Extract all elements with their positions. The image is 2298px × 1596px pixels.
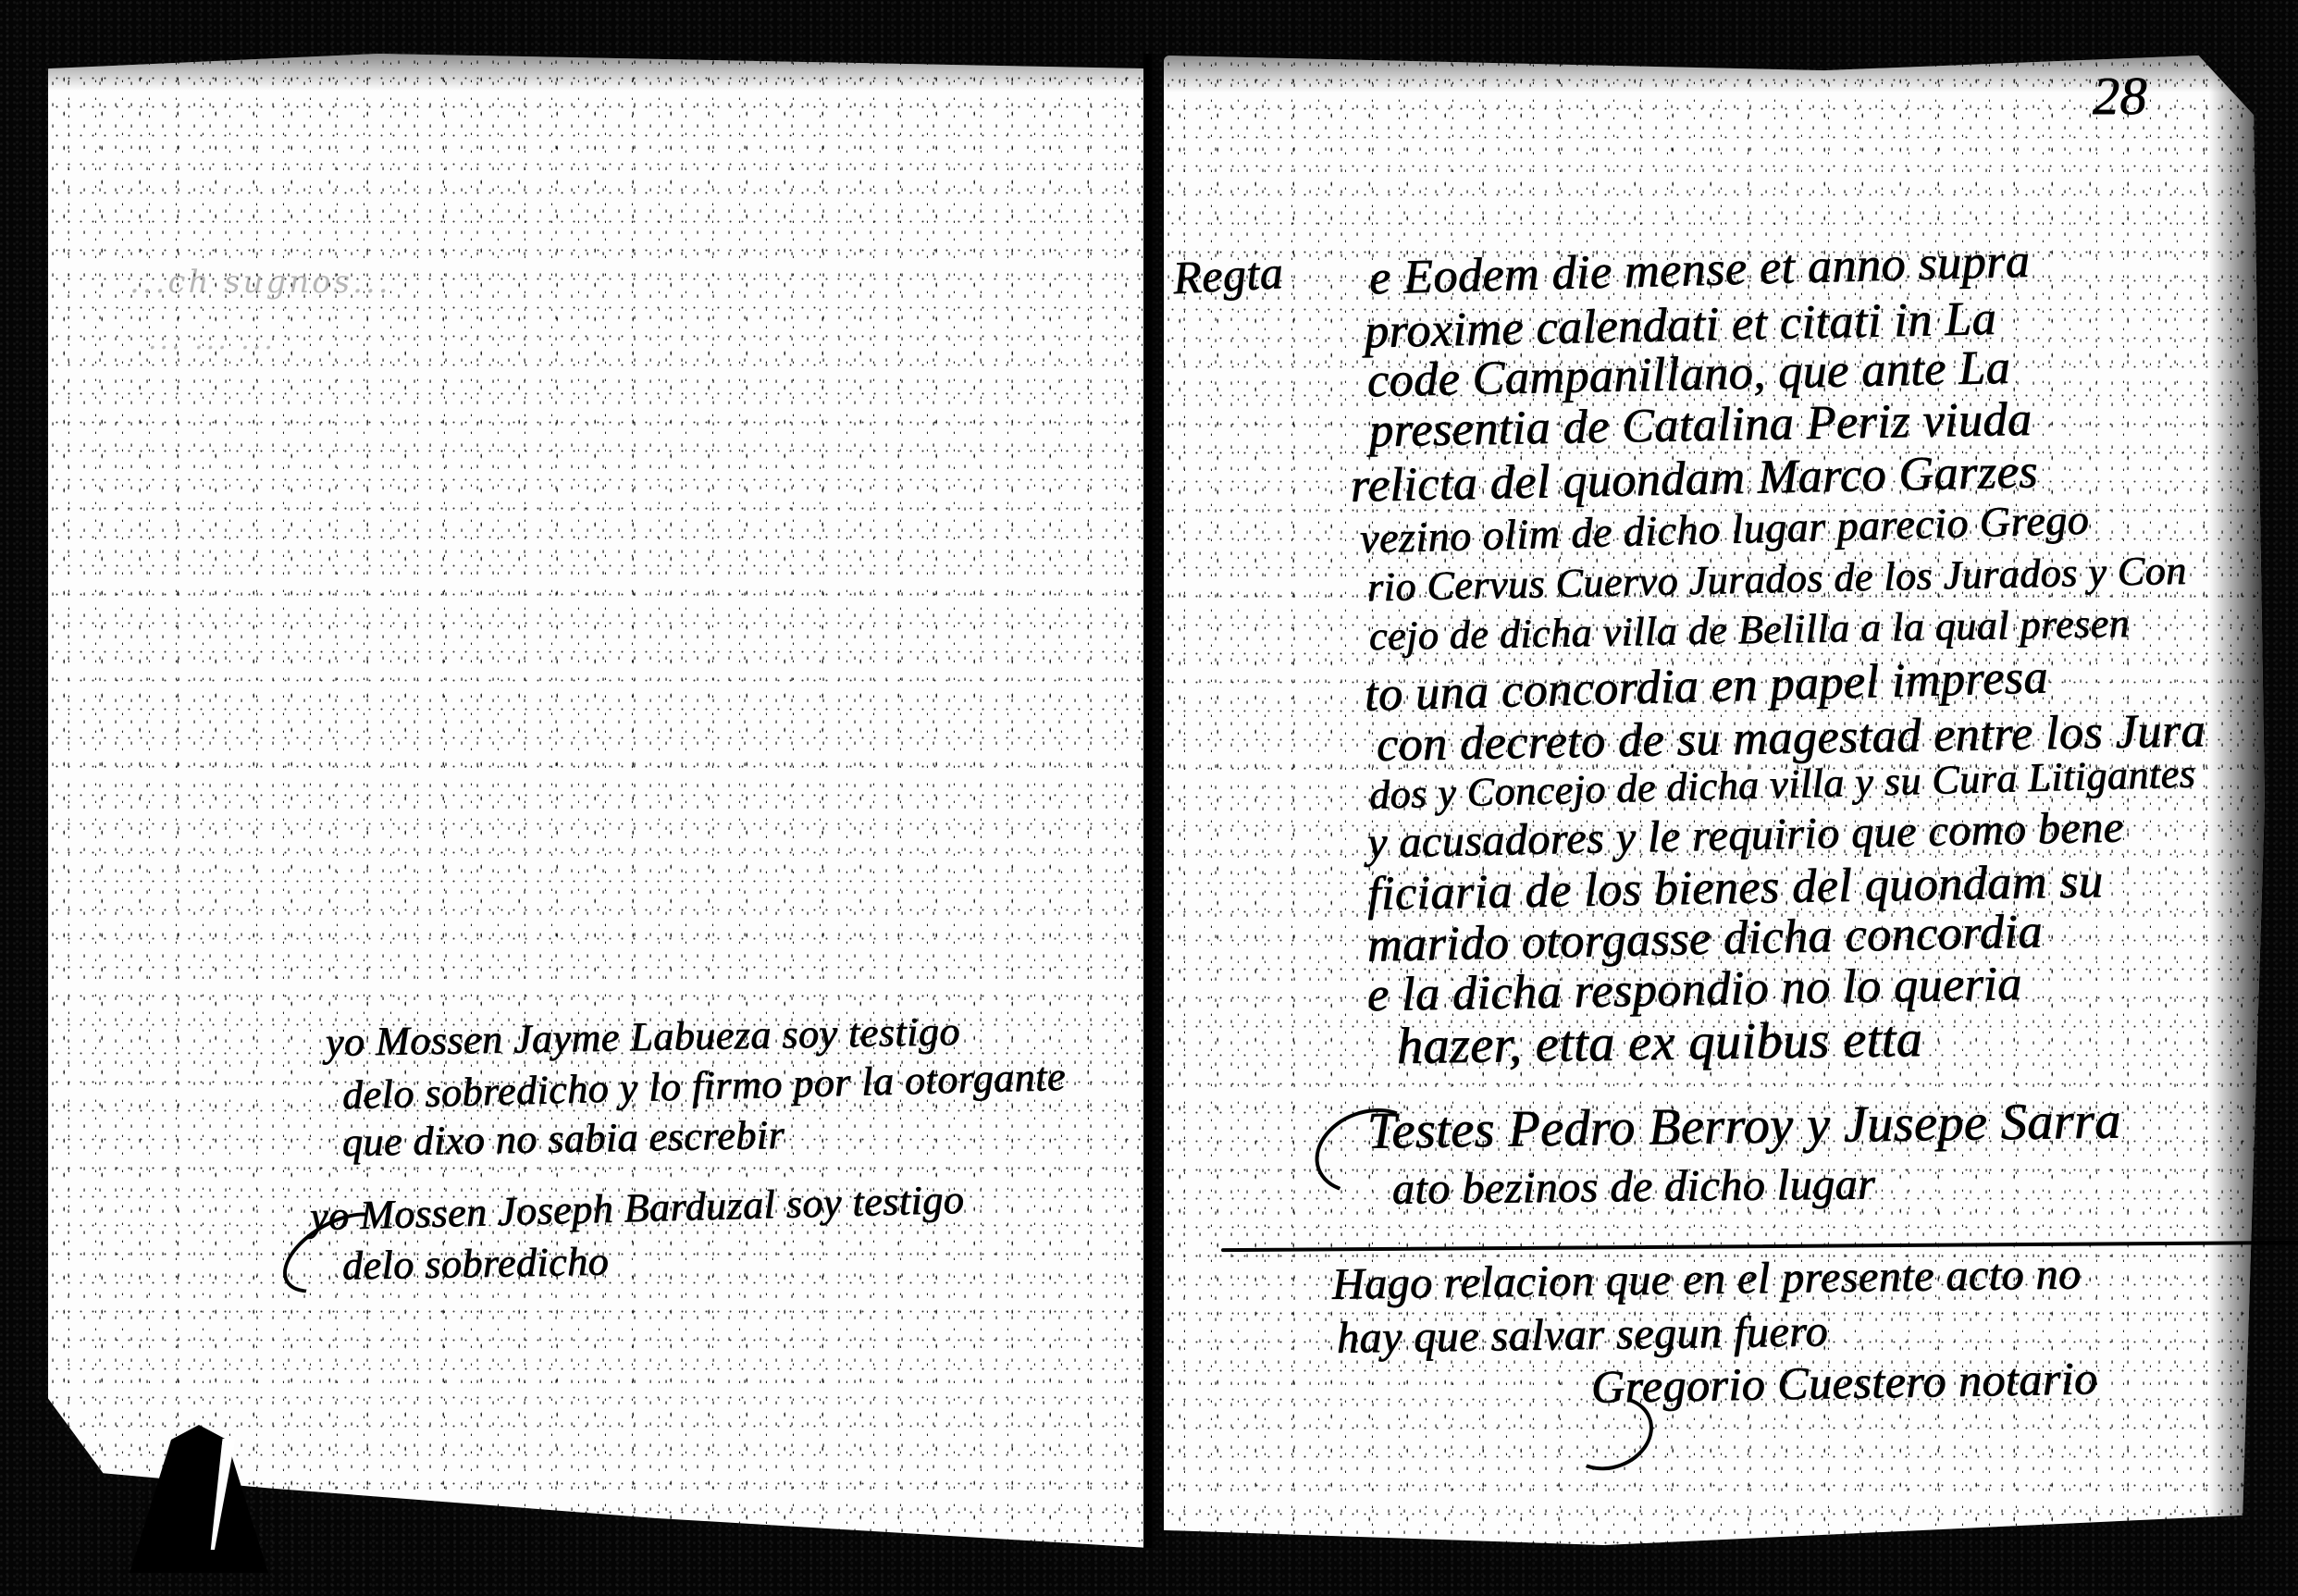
bleed-through-text: ... ... ... [148,324,276,356]
witnesses-line: ato bezinos de dicho lugar [1392,1158,1876,1214]
margin-note: Regta [1172,245,1285,304]
bleed-through-text: ...ch sugnos... [130,264,391,301]
notary-line: Hago relacion que en el presente acto no [1332,1248,2082,1309]
folio-number: 28 [2093,65,2147,127]
manuscript-line: hazer, etta ex quibus etta [1397,1009,1923,1076]
left-signature-line: que dixo no sabia escrebir [342,1111,785,1166]
notary-signature: Gregorio Cuestero notario [1591,1351,2099,1414]
witnesses-line: Testes Pedro Berroy y Jusepe Sarra [1367,1091,2122,1160]
gutter-shadow [1152,54,1165,1548]
book-gutter [1143,54,1152,1548]
notary-line: hay que salvar segun fuero [1337,1305,1829,1363]
